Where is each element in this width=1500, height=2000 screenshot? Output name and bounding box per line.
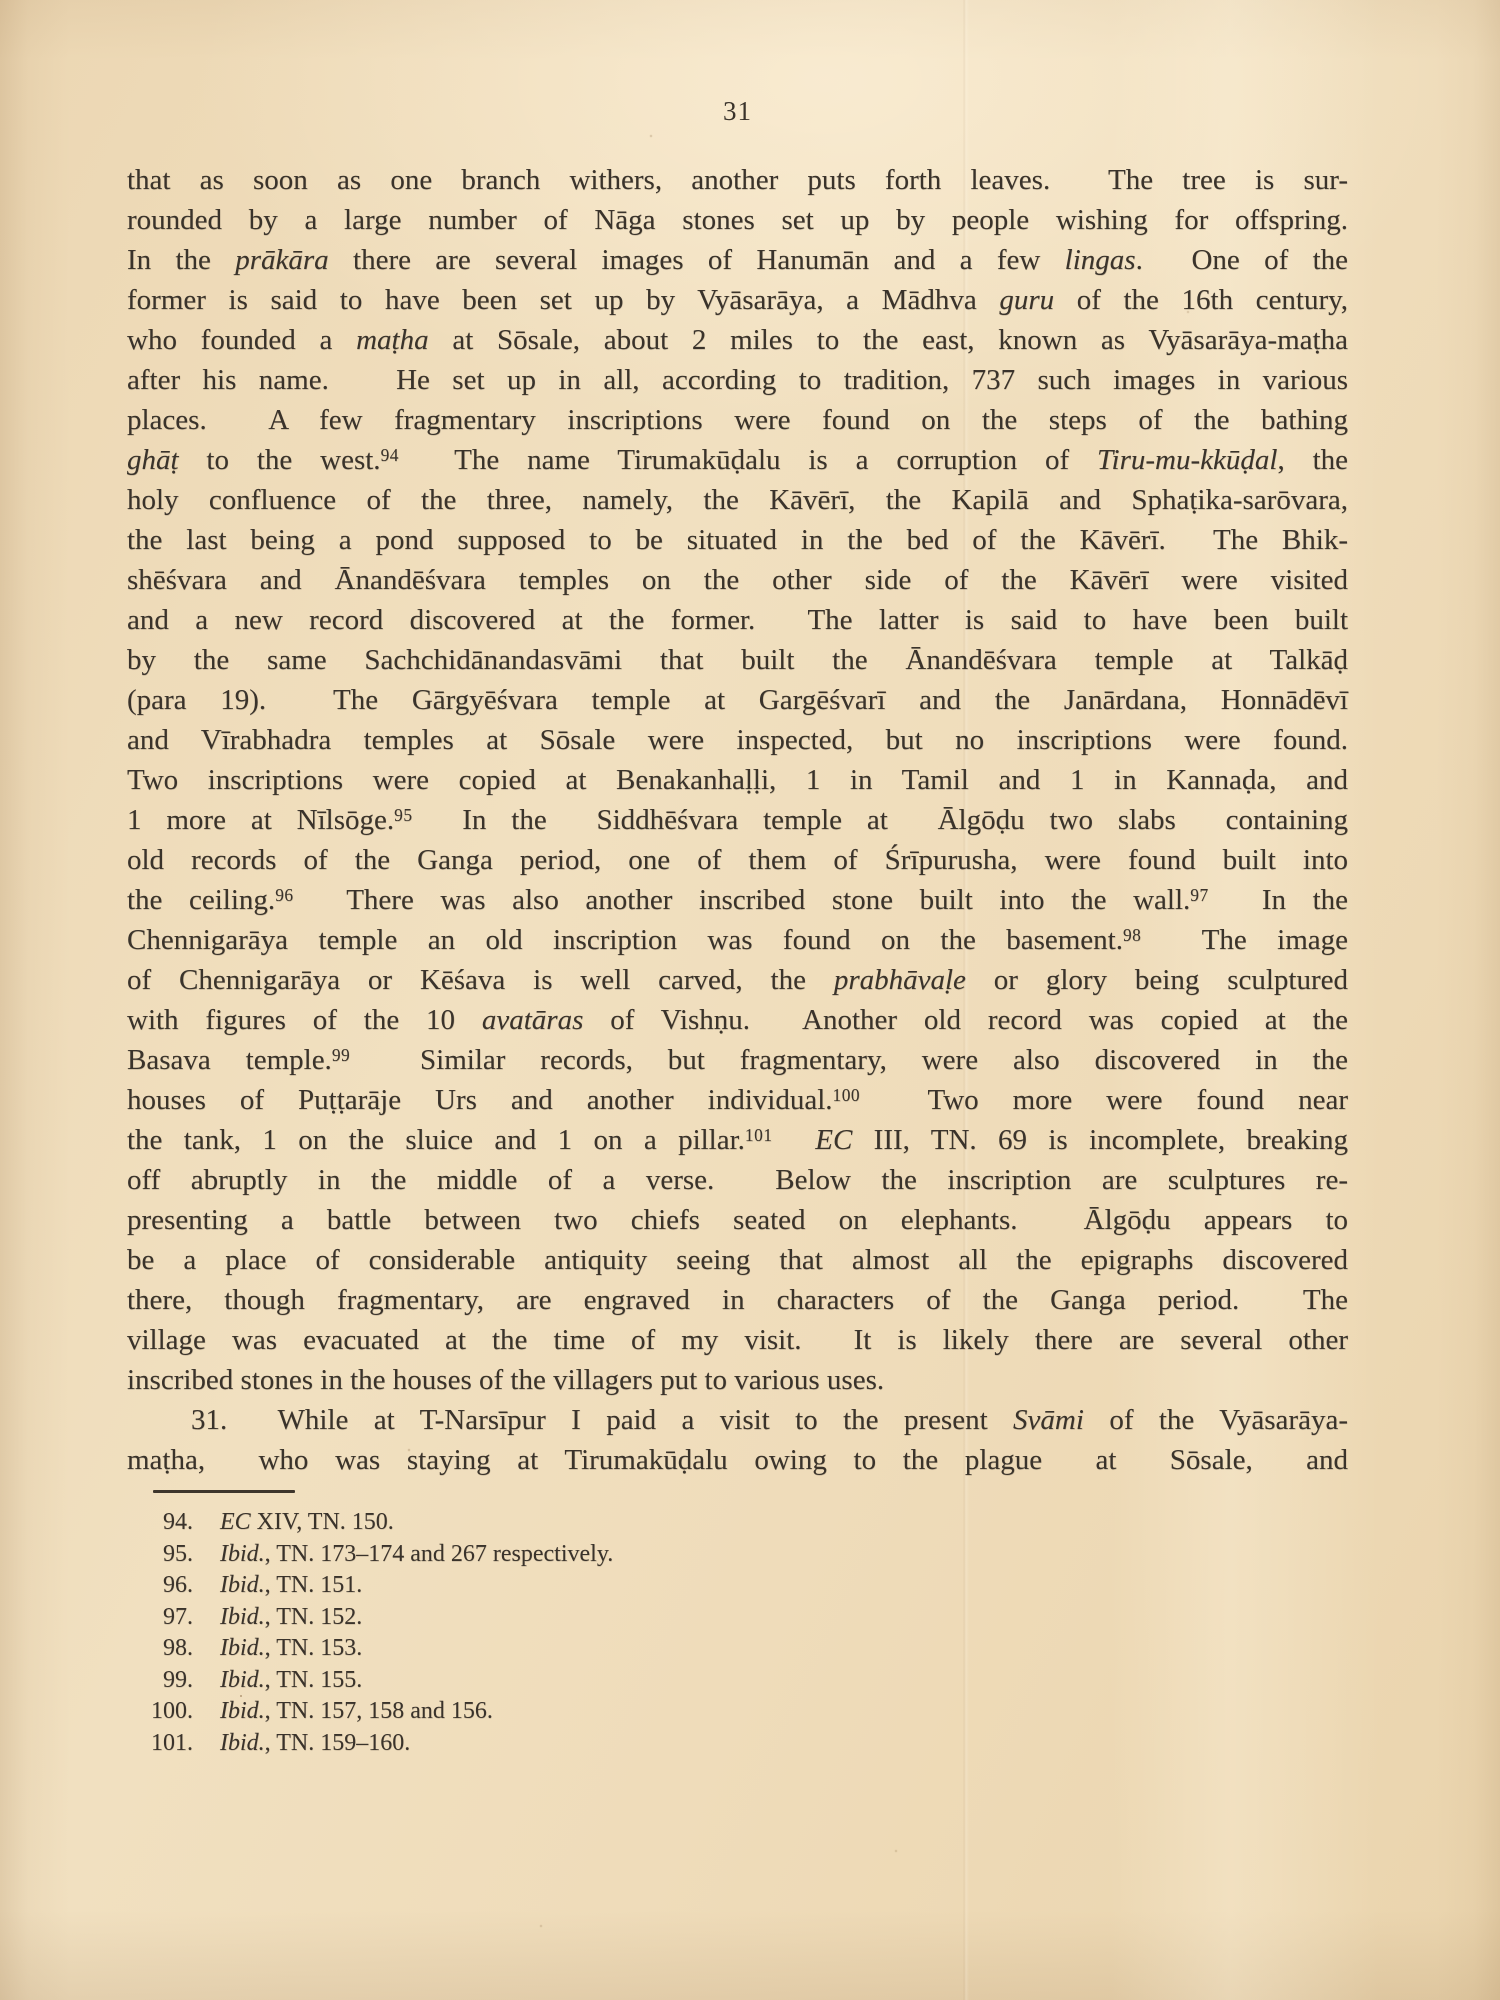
text-run: XIV, TN. 150. [251,1509,394,1535]
text-run: after his name. He set up in all, accord… [127,364,1348,396]
footnote-reference: 98 [1123,925,1141,945]
footnote-item: 95.Ibid., TN. 173–174 and 267 respective… [127,1539,1348,1571]
text-run [773,1124,816,1156]
text-run: and a new record discovered at the forme… [127,604,1348,636]
body-line: former is said to have been set up by Vy… [127,280,1348,320]
text-run: Two more were found near [860,1084,1348,1116]
italic-text: lingas [1065,244,1136,276]
italic-text: Svāmi [1013,1404,1084,1436]
text-run: III, TN. 69 is incomplete, breaking [852,1124,1348,1156]
text-run: of Vishṇu. Another old record was copied… [583,1004,1348,1036]
text-run: shēśvara and Ānandēśvara temples on the … [127,564,1348,596]
text-run: (para 19). The Gārgyēśvara temple at Gar… [127,684,1348,716]
footnotes-list: 94.EC XIV, TN. 150.95.Ibid., TN. 173–174… [127,1507,1348,1759]
body-line: the last being a pond supposed to be sit… [127,520,1348,560]
book-page: 31 that as soon as one branch withers, a… [0,0,1500,2000]
footnote-text: Ibid., TN. 151. [220,1570,362,1602]
text-run: . One of the [1136,244,1348,276]
footnote-text: Ibid., TN. 155. [220,1665,362,1697]
footnote-reference: 96 [275,885,293,905]
text-run: holy confluence of the three, namely, th… [127,484,1348,516]
body-line: there, though fragmentary, are engraved … [127,1280,1348,1320]
footnote-number: 99. [127,1665,193,1697]
footnote-text: EC XIV, TN. 150. [220,1507,394,1539]
italic-text: prabhāvaḷe [834,964,966,996]
text-run: by the same Sachchidānandasvāmi that bui… [127,644,1348,676]
italic-text: Ibid. [220,1604,265,1630]
text-run: of the Vyāsarāya- [1084,1404,1348,1436]
body-line: ghāṭ to the west.94 The name Tirumakūḍal… [127,440,1348,480]
body-line: Basava temple.99 Similar records, but fr… [127,1040,1348,1080]
italic-text: Ibid. [220,1667,265,1693]
footnote-number: 95. [127,1539,193,1571]
paragraph: that as soon as one branch withers, anot… [127,160,1348,1400]
text-run: the tank, 1 on the sluice and 1 on a pil… [127,1124,745,1156]
body-line: old records of the Ganga period, one of … [127,840,1348,880]
page-number: 31 [127,96,1348,127]
italic-text: Ibid. [220,1572,265,1598]
footnote-number: 97. [127,1602,193,1634]
text-run: Similar records, but fragmentary, were a… [350,1044,1348,1076]
text-run: Chennigarāya temple an old inscription w… [127,924,1123,956]
footnote-item: 100.Ibid., TN. 157, 158 and 156. [127,1696,1348,1728]
text-run: In the Siddhēśvara temple at Ālgōḍu two … [413,804,1349,836]
text-run: there, though fragmentary, are engraved … [127,1284,1348,1316]
body-line: by the same Sachchidānandasvāmi that bui… [127,640,1348,680]
footnote-reference: 95 [394,805,412,825]
body-line: Chennigarāya temple an old inscription w… [127,920,1348,960]
text-run: presenting a battle between two chiefs s… [127,1204,1348,1236]
text-run: rounded by a large number of Nāga stones… [127,204,1348,236]
body-line: and a new record discovered at the forme… [127,600,1348,640]
footnote-rule [153,1490,295,1493]
text-run: Basava temple. [127,1044,332,1076]
text-run: the last being a pond supposed to be sit… [127,524,1348,556]
footnote-item: 101.Ibid., TN. 159–160. [127,1728,1348,1760]
text-run: off abruptly in the middle of a verse. B… [127,1164,1348,1196]
body-line: houses of Puṭṭarāje Urs and another indi… [127,1080,1348,1120]
italic-text: Ibid. [220,1635,265,1661]
text-run: of Chennigarāya or Kēśava is well carved… [127,964,834,996]
footnote-item: 98.Ibid., TN. 153. [127,1633,1348,1665]
body-line: after his name. He set up in all, accord… [127,360,1348,400]
footnote-text: Ibid., TN. 153. [220,1633,362,1665]
text-run: houses of Puṭṭarāje Urs and another indi… [127,1084,833,1116]
text-run: of the 16th century, [1054,284,1348,316]
body-line: village was evacuated at the time of my … [127,1320,1348,1360]
body-line: the tank, 1 on the sluice and 1 on a pil… [127,1120,1348,1160]
text-run: , TN. 157, 158 and 156. [265,1698,493,1724]
text-run: who founded a [127,324,356,356]
paragraph: 31. While at T-Narsīpur I paid a visit t… [127,1400,1348,1480]
body-line: the ceiling.96 There was also another in… [127,880,1348,920]
italic-text: EC [220,1509,251,1535]
body-line: presenting a battle between two chiefs s… [127,1200,1348,1240]
italic-text: maṭha [356,324,429,356]
body-line: Two inscriptions were copied at Benakanh… [127,760,1348,800]
text-run: village was evacuated at the time of my … [127,1324,1348,1356]
footnote-item: 94.EC XIV, TN. 150. [127,1507,1348,1539]
body-line: In the prākāra there are several images … [127,240,1348,280]
text-run: inscribed stones in the houses of the vi… [127,1364,884,1396]
text-run: or glory being sculptured [966,964,1348,996]
text-run: to the west. [179,444,381,476]
body-line: that as soon as one branch withers, anot… [127,160,1348,200]
footnote-text: Ibid., TN. 173–174 and 267 respectively. [220,1539,613,1571]
italic-text: avatāras [482,1004,584,1036]
text-run: , TN. 152. [265,1604,363,1630]
text-run: and Vīrabhadra temples at Sōsale were in… [127,724,1348,756]
footnote-number: 98. [127,1633,193,1665]
text-run: Two inscriptions were copied at Benakanh… [127,764,1348,796]
footnote-text: Ibid., TN. 159–160. [220,1728,410,1760]
text-run: 31. While at T-Narsīpur I paid a visit t… [191,1404,1013,1436]
body-line: be a place of considerable antiquity see… [127,1240,1348,1280]
footnote-text: Ibid., TN. 152. [220,1602,362,1634]
italic-text: prākāra [235,244,328,276]
body-line: inscribed stones in the houses of the vi… [127,1360,1348,1400]
footnote-reference: 94 [381,445,399,465]
body-line: (para 19). The Gārgyēśvara temple at Gar… [127,680,1348,720]
text-run: with figures of the 10 [127,1004,482,1036]
italic-text: guru [999,284,1054,316]
body-line: rounded by a large number of Nāga stones… [127,200,1348,240]
text-run: the ceiling. [127,884,275,916]
footnote-item: 97.Ibid., TN. 152. [127,1602,1348,1634]
text-run: , the [1277,444,1348,476]
text-run: The image [1141,924,1348,956]
italic-text: Tiru-mu-kkūḍal [1097,444,1277,476]
footnote-text: Ibid., TN. 157, 158 and 156. [220,1696,493,1728]
text-run: , TN. 153. [265,1635,363,1661]
text-run: at Sōsale, about 2 miles to the east, kn… [429,324,1348,356]
text-run: be a place of considerable antiquity see… [127,1244,1348,1276]
page-content: that as soon as one branch withers, anot… [127,160,1348,1759]
footnote-reference: 97 [1190,885,1208,905]
body-line: shēśvara and Ānandēśvara temples on the … [127,560,1348,600]
italic-text: Ibid. [220,1698,265,1724]
body-line: who founded a maṭha at Sōsale, about 2 m… [127,320,1348,360]
body-line: and Vīrabhadra temples at Sōsale were in… [127,720,1348,760]
italic-text: Ibid. [220,1541,265,1567]
text-run: 1 more at Nīlsōge. [127,804,394,836]
footnote-item: 99.Ibid., TN. 155. [127,1665,1348,1697]
body-text: that as soon as one branch withers, anot… [127,160,1348,1480]
italic-text: Ibid. [220,1730,265,1756]
italic-text: ghāṭ [127,444,179,476]
body-line: holy confluence of the three, namely, th… [127,480,1348,520]
text-run: , TN. 159–160. [265,1730,411,1756]
text-run: , TN. 173–174 and 267 respectively. [265,1541,614,1567]
text-run: there are several images of Hanumān and … [329,244,1065,276]
body-line: maṭha, who was staying at Tirumakūḍalu o… [127,1440,1348,1480]
footnote-number: 100. [127,1696,193,1728]
text-run: In the [127,244,235,276]
italic-text: EC [815,1124,852,1156]
text-run: The name Tirumakūḍalu is a corruption of [399,444,1097,476]
text-run: maṭha, who was staying at Tirumakūḍalu o… [127,1444,1348,1476]
text-run: , TN. 155. [265,1667,363,1693]
body-line: off abruptly in the middle of a verse. B… [127,1160,1348,1200]
body-line: places. A few fragmentary inscriptions w… [127,400,1348,440]
body-line: of Chennigarāya or Kēśava is well carved… [127,960,1348,1000]
footnote-reference: 100 [833,1085,861,1105]
footnote-number: 94. [127,1507,193,1539]
footnote-item: 96.Ibid., TN. 151. [127,1570,1348,1602]
body-line: 1 more at Nīlsōge.95 In the Siddhēśvara … [127,800,1348,840]
footnote-reference: 99 [332,1045,350,1065]
text-run: former is said to have been set up by Vy… [127,284,999,316]
text-run: In the [1209,884,1348,916]
body-line: with figures of the 10 avatāras of Vishṇ… [127,1000,1348,1040]
text-run: that as soon as one branch withers, anot… [127,164,1348,196]
footnote-number: 101. [127,1728,193,1760]
text-run: places. A few fragmentary inscriptions w… [127,404,1348,436]
text-run: There was also another inscribed stone b… [294,884,1191,916]
footnote-reference: 101 [745,1125,773,1145]
body-line: 31. While at T-Narsīpur I paid a visit t… [127,1400,1348,1440]
text-run: old records of the Ganga period, one of … [127,844,1348,876]
text-run: , TN. 151. [265,1572,363,1598]
footnote-number: 96. [127,1570,193,1602]
